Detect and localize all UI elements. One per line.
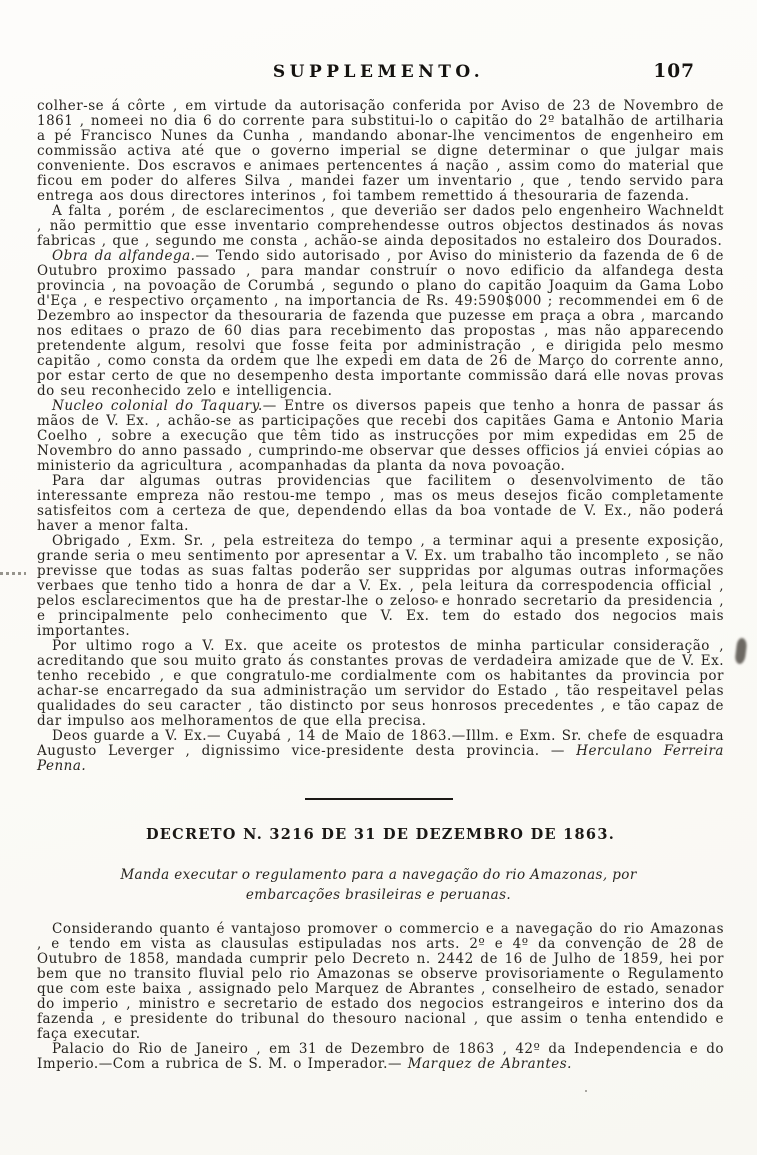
decree-title: DECRETO N. 3216 DE 31 DE DEZEMBRO DE 186… [37,826,724,843]
decree-paragraph: Considerando quanto é vantajoso promover… [37,922,724,1042]
scanned-document-page: SUPPLEMENTO. 107 colher-se á côrte , em … [0,0,757,1155]
letter-paragraph: Obrigado , Exm. Sr. , pela estreiteza do… [37,534,724,639]
paragraph-lead-italic: Nucleo colonial do Taquary. [52,398,263,414]
running-header: SUPPLEMENTO. 107 [0,62,757,88]
paragraph-text: Por ultimo rogo a V. Ex. que aceite os p… [37,638,724,729]
letter-paragraph: colher-se á côrte , em virtude da autori… [37,99,724,204]
section-divider-rule [305,798,453,800]
letter-closing-paragraph: Deos guarde a V. Ex.— Cuyabá , 14 de Mai… [37,729,724,774]
letter-paragraph: Por ultimo rogo a V. Ex. que aceite os p… [37,639,724,729]
decree-closing-paragraph: Palacio do Rio de Janeiro , em 31 de Dez… [37,1042,724,1072]
decree-subtitle: Manda executar o regulamento para a nave… [74,866,684,905]
margin-mark-artifact [0,572,26,575]
paragraph-text: Obrigado , Exm. Sr. , pela estreiteza do… [37,533,724,639]
decree-body: Considerando quanto é vantajoso promover… [37,922,724,1072]
paragraph-text: colher-se á côrte , em virtude da autori… [37,98,724,204]
paragraph-text: Considerando quanto é vantajoso promover… [37,921,724,1042]
scan-speck-artifact [435,600,438,603]
paragraph-lead-italic: Obra da alfandega. [52,248,195,264]
letter-body: colher-se á côrte , em virtude da autori… [37,99,724,774]
scan-smudge-artifact [734,637,747,664]
paragraph-text: Para dar algumas outras providencias que… [37,473,724,534]
paragraph-text: — Tendo sido autorisado , por Aviso do m… [37,248,724,399]
paragraph-text: A falta , porém , de esclarecimentos , q… [37,203,724,249]
signature-name: Marquez de Abrantes. [408,1056,572,1072]
paragraph-text: Palacio do Rio de Janeiro , em 31 de Dez… [37,1041,724,1072]
page-number: 107 [653,61,695,82]
letter-paragraph: Obra da alfandega.— Tendo sido autorisad… [37,249,724,399]
letter-paragraph: Nucleo colonial do Taquary.— Entre os di… [37,399,724,474]
scan-speck-artifact [585,1090,587,1092]
publication-title: SUPPLEMENTO. [0,62,757,82]
letter-paragraph: Para dar algumas outras providencias que… [37,474,724,534]
letter-paragraph: A falta , porém , de esclarecimentos , q… [37,204,724,249]
